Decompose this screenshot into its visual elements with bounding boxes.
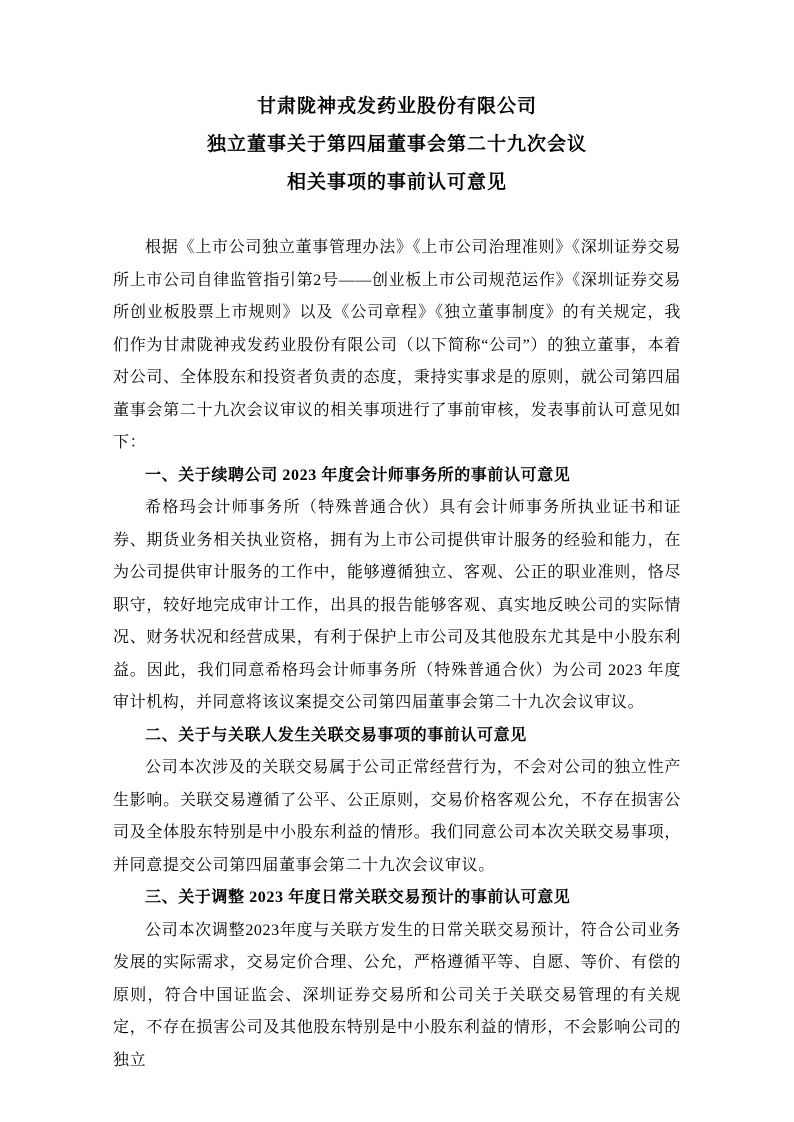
section-2-heading: 二、关于与关联人发生关联交易事项的事前认可意见 xyxy=(113,720,681,753)
document-body: 根据《上市公司独立董事管理办法》《上市公司治理准则》《深圳证券交易所上市公司自律… xyxy=(113,232,681,1077)
section-2-paragraph: 公司本次涉及的关联交易属于公司正常经营行为，不会对公司的独立性产生影响。关联交易… xyxy=(113,752,681,882)
section-1-heading: 一、关于续聘公司 2023 年度会计师事务所的事前认可意见 xyxy=(113,460,681,493)
section-1-paragraph: 希格玛会计师事务所（特殊普通合伙）具有会计师事务所执业证书和证券、期货业务相关执… xyxy=(113,492,681,720)
title-line-subject: 相关事项的事前认可意见 xyxy=(113,164,681,202)
document-page: 甘肃陇神戎发药业股份有限公司 独立董事关于第四届董事会第二十九次会议 相关事项的… xyxy=(0,0,794,1122)
intro-paragraph: 根据《上市公司独立董事管理办法》《上市公司治理准则》《深圳证券交易所上市公司自律… xyxy=(113,232,681,460)
section-3-paragraph: 公司本次调整2023年度与关联方发生的日常关联交易预计，符合公司业务发展的实际需… xyxy=(113,915,681,1078)
title-line-meeting: 独立董事关于第四届董事会第二十九次会议 xyxy=(113,126,681,164)
document-title: 甘肃陇神戎发药业股份有限公司 独立董事关于第四届董事会第二十九次会议 相关事项的… xyxy=(113,88,681,202)
section-3-heading: 三、关于调整 2023 年度日常关联交易预计的事前认可意见 xyxy=(113,882,681,915)
title-line-company: 甘肃陇神戎发药业股份有限公司 xyxy=(113,88,681,126)
